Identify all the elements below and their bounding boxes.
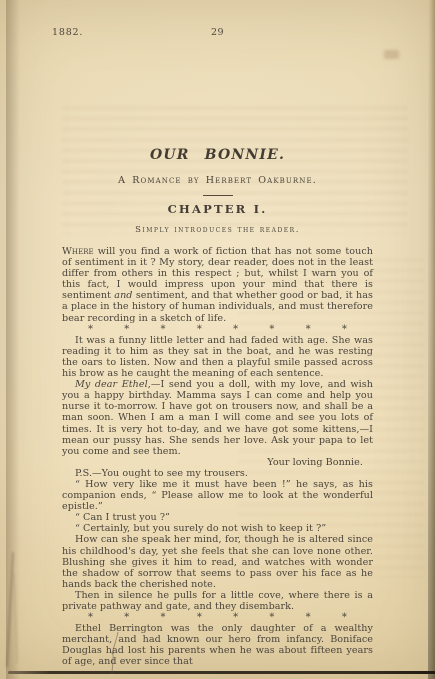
paragraph-dialogue: “ Certainly, but you surely do not wish … bbox=[62, 523, 373, 534]
header-page-number: 29 bbox=[62, 27, 373, 38]
asterisk-separator: * * * * * * * * bbox=[62, 612, 373, 623]
paragraph-letter: My dear Ethel,—I send you a doll, with m… bbox=[62, 379, 373, 457]
paragraph: How can she speak her mind, for, though … bbox=[62, 534, 373, 589]
body-text: Where will you find a work of fiction th… bbox=[62, 246, 373, 668]
chapter-heading: CHAPTER I. bbox=[62, 202, 373, 216]
showthrough-page-number-smudge bbox=[384, 50, 399, 59]
page-left-torn-edge bbox=[0, 0, 6, 679]
paragraph-intro: Where will you find a work of fiction th… bbox=[62, 246, 373, 324]
page-bottom-edge bbox=[8, 671, 435, 674]
paragraph-lead-word: Where bbox=[62, 246, 94, 257]
page-right-edge-shadow bbox=[428, 0, 435, 679]
letter-salutation: My dear Ethel bbox=[75, 379, 148, 390]
letter-postscript: P.S.—You ought to see my trousers. bbox=[62, 468, 373, 479]
story-title: OUR BONNIE. bbox=[62, 147, 373, 163]
paragraph: It was a funny little letter and had fad… bbox=[62, 335, 373, 379]
divider-rule bbox=[203, 195, 233, 196]
paragraph: Ethel Berrington was the only daughter o… bbox=[62, 623, 373, 667]
paragraph: Then in silence he pulls for a little co… bbox=[62, 590, 373, 612]
paragraph-dialogue: “ How very like me it must have been !” … bbox=[62, 479, 373, 512]
paragraph-emphasis: and bbox=[114, 290, 132, 301]
story-byline: A Romance by Herbert Oakburne. bbox=[62, 175, 373, 186]
asterisk-separator: * * * * * * * * bbox=[62, 324, 373, 335]
chapter-subheading: Simply introduces the reader. bbox=[62, 225, 373, 235]
text-column: OUR BONNIE. A Romance by Herbert Oakburn… bbox=[62, 147, 373, 668]
letter-text: ,—I send you a doll, with my love, and w… bbox=[62, 379, 373, 457]
letter-signature: Your loving Bonnie. bbox=[62, 457, 373, 468]
paragraph-dialogue: “ Can I trust you ?” bbox=[62, 512, 373, 523]
book-page: 1882. 29 OUR BONNIE. A Romance by Herber… bbox=[0, 0, 435, 679]
